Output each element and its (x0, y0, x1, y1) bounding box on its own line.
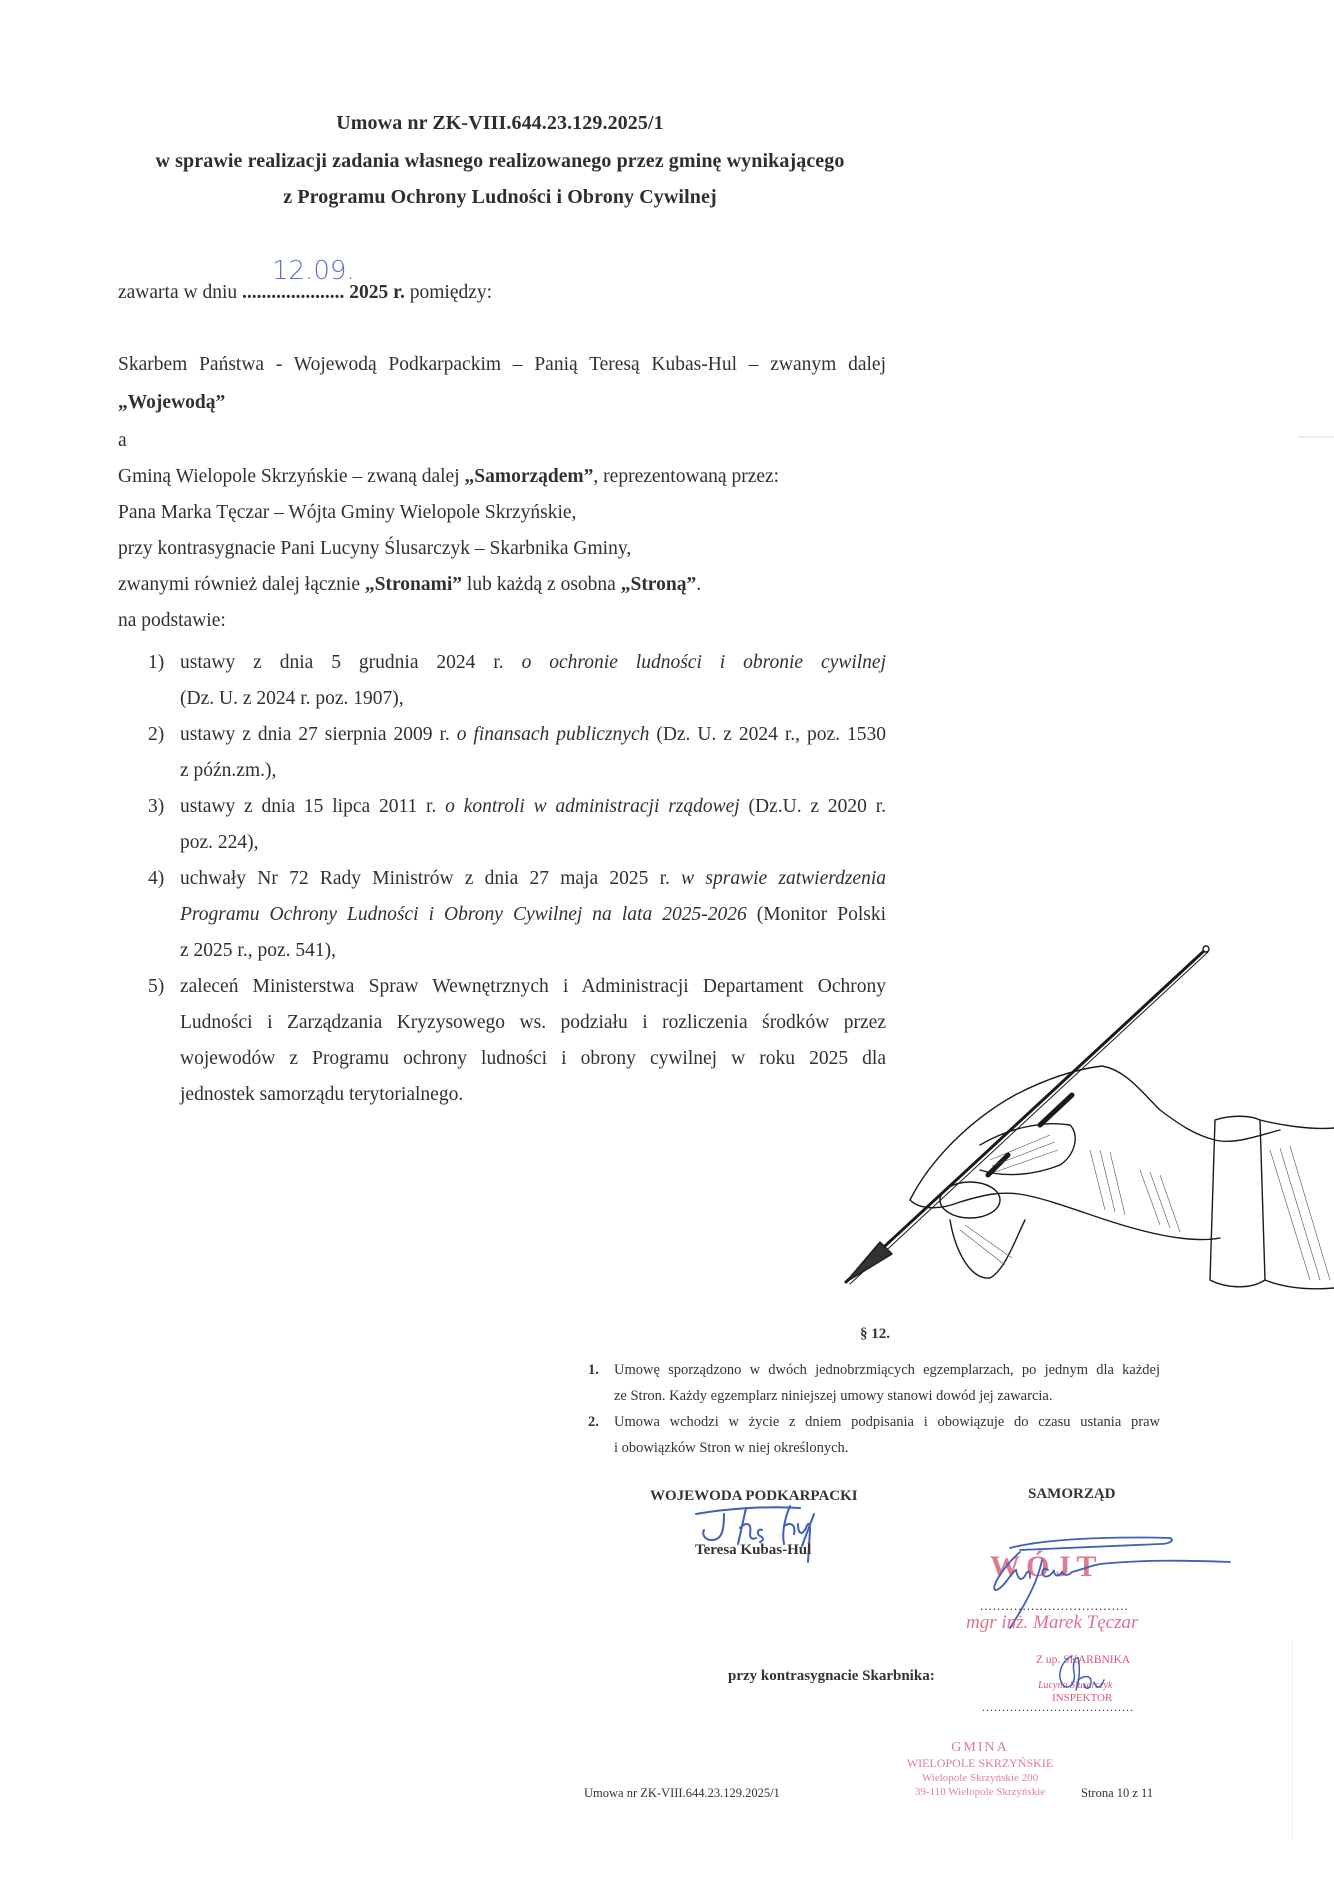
legal-basis-item-line: Programu Ochrony Ludności i Obrony Cywil… (180, 904, 886, 926)
legal-basis-item-line: ustawy z dnia 27 sierpnia 2009 r. o fina… (180, 724, 886, 746)
legal-basis-item-line: uchwały Nr 72 Rady Ministrów z dnia 27 m… (180, 868, 886, 890)
legal-basis-item-line: Ludności i Zarządzania Kryzysowego ws. p… (180, 1012, 886, 1034)
clause-line: i obowiązków Stron w niej określonych. (614, 1440, 848, 1457)
clause-number: 1. (588, 1362, 599, 1379)
party-voivode-line: Skarbem Państwa - Wojewodą Podkarpackim … (118, 354, 886, 376)
legal-basis-item-line: (Dz. U. z 2024 r. poz. 1907), (180, 688, 886, 710)
concluded-prefix: zawarta w dniu (118, 282, 242, 303)
office-stamp-line4: 39-110 Wielopole Skrzyńskie (880, 1786, 1080, 1798)
countersign-label: przy kontrasygnacie Skarbnika: (728, 1668, 935, 1685)
legal-basis-item-line: z późn.zm.), (180, 760, 886, 782)
legal-basis-intro: na podstawie: (118, 610, 226, 632)
legal-basis-item-number: 1) (148, 652, 164, 674)
contract-subtitle-line1: w sprawie realizacji zadania własnego re… (0, 150, 1000, 173)
countersignature-line: przy kontrasygnacie Pani Lucyny Ślusarcz… (118, 538, 631, 560)
scan-artifact (1298, 436, 1334, 438)
office-stamp-line2: WIELOPOLE SKRZYŃSKIE (880, 1756, 1080, 1771)
office-stamp-line3: Wielopole Skrzyńskie 200 (880, 1772, 1080, 1784)
legal-basis-item-line: ustawy z dnia 15 lipca 2011 r. o kontrol… (180, 796, 886, 818)
parties-and: a (118, 430, 127, 452)
legal-basis-item-line: wojewodów z Programu ochrony ludności i … (180, 1048, 886, 1070)
contract-title: Umowa nr ZK-VIII.644.23.129.2025/1 (0, 112, 1000, 135)
parties-alias-line: zwanymi również dalej łącznie „Stronami”… (118, 574, 701, 596)
clause-line: Umowę sporządzono w dwóch jednobrzmiącyc… (614, 1362, 1160, 1379)
representative-line: Pana Marka Tęczar – Wójta Gminy Wielopol… (118, 502, 576, 524)
concluded-date-line: zawarta w dniu ...........12.09.........… (118, 282, 492, 304)
handwritten-date: 12.09. (272, 256, 355, 286)
footer-document-reference: Umowa nr ZK-VIII.644.23.129.2025/1 (584, 1786, 780, 1801)
legal-basis-item-number: 3) (148, 796, 164, 818)
legal-basis-item-line: jednostek samorządu terytorialnego. (180, 1084, 886, 1106)
legal-basis-item-line: z 2025 r., poz. 541), (180, 940, 886, 962)
party-alias-singular: „Stroną” (621, 574, 697, 595)
clause-line: Umowa wchodzi w życie z dniem podpisania… (614, 1414, 1160, 1431)
office-stamp-line1: GMINA (920, 1740, 1040, 1756)
footer-page-number: Strona 10 z 11 (1081, 1786, 1153, 1801)
legal-basis-item-line: poz. 224), (180, 832, 886, 854)
treasurer-signature-icon (1050, 1652, 1110, 1702)
section-heading: § 12. (860, 1326, 890, 1343)
party-voivode-alias: „Wojewodą” (118, 392, 225, 414)
legal-basis-item-number: 4) (148, 868, 164, 890)
concluded-suffix: pomiędzy: (405, 282, 492, 303)
treasurer-signature-dots: ...................................... (982, 1700, 1134, 1715)
legal-basis-item-line: zaleceń Ministerstwa Spraw Wewnętrznych … (180, 976, 886, 998)
voivode-signature-icon (690, 1500, 850, 1570)
scan-edge (1292, 1640, 1293, 1840)
voivode-name: Teresa Kubas-Hul (695, 1542, 811, 1559)
legal-basis-item-line: ustawy z dnia 5 grudnia 2024 r. o ochron… (180, 652, 886, 674)
party-municipality-alias: „Samorządem” (465, 466, 594, 487)
contract-subtitle-line2: z Programu Ochrony Ludności i Obrony Cyw… (0, 186, 1000, 209)
local-government-title: SAMORZĄD (1028, 1486, 1116, 1503)
clause-number: 2. (588, 1414, 599, 1431)
parties-alias-plural: „Stronami” (365, 574, 462, 595)
date-dots-before: ...........12.09. (242, 282, 296, 303)
legal-basis-item-number: 5) (148, 976, 164, 998)
wojt-name-stamp: mgr inż. Marek Tęczar (966, 1612, 1138, 1634)
legal-basis-item-number: 2) (148, 724, 164, 746)
party-municipality-line: Gminą Wielopole Skrzyńskie – zwaną dalej… (118, 466, 779, 488)
hand-writing-illustration-icon (840, 920, 1334, 1320)
clause-line: ze Stron. Każdy egzemplarz niniejszej um… (614, 1388, 1052, 1405)
